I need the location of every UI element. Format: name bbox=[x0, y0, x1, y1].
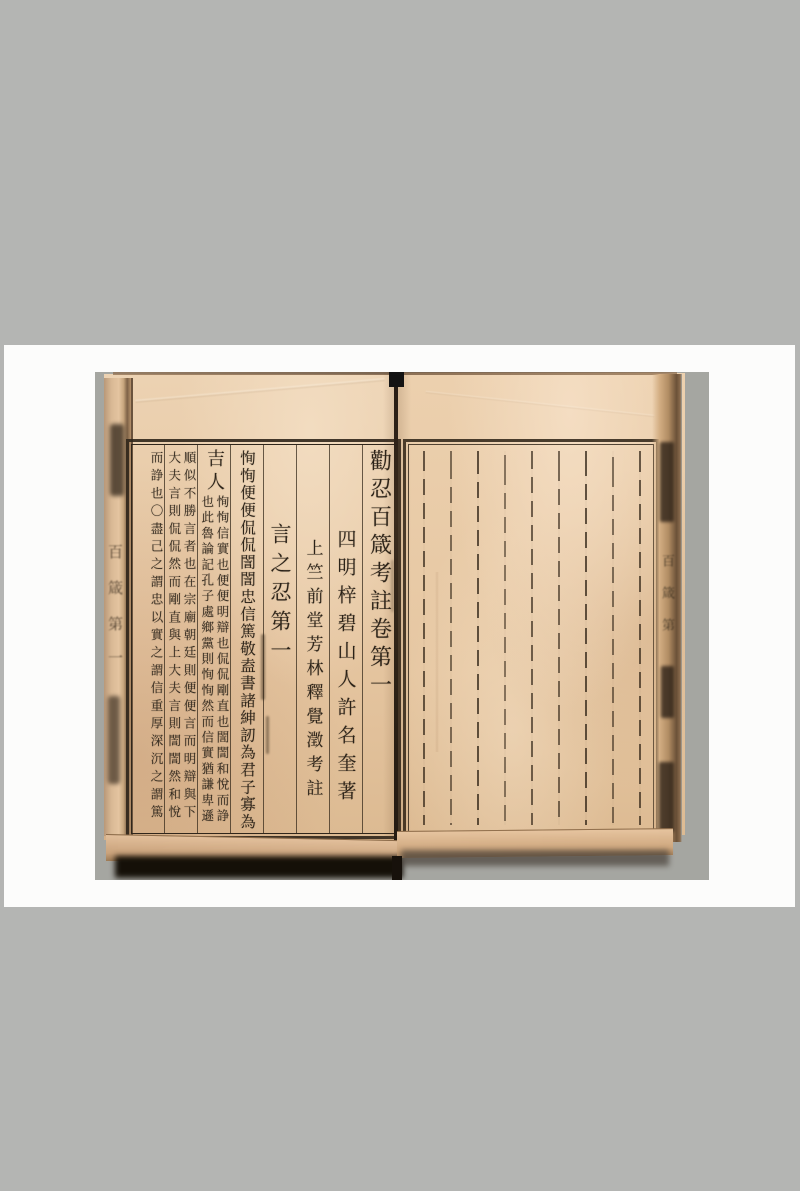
edge-ink-smudge bbox=[108, 696, 120, 784]
column-commentary-3: 而諍也〇盡己之謂忠以實之謂信重厚深沉之謂篤 bbox=[132, 445, 164, 833]
ink-smear bbox=[261, 634, 265, 700]
commentary-text-2: 順似不勝言者也在宗廟朝廷則便便言而明辯與下大夫言則侃侃然而剛直與上大夫言則誾誾然… bbox=[165, 445, 197, 831]
book-photograph: 百 箴 第 一 勸忍百箴考註卷第一 四明梓碧山人許名奎著 上竺前堂芳林釋覺澂考註… bbox=[95, 372, 709, 880]
edge-character-fragment: 百 bbox=[660, 554, 676, 567]
column-verse-end-commentary: 吉人 恂恂信實也便便明辯也侃侃剛直也誾誾和悅而諍也此魯論記孔子處鄉黨則恂恂然而信… bbox=[197, 445, 230, 833]
spine-bottom-marker bbox=[392, 856, 402, 880]
column-section-title: 言之忍第一 bbox=[263, 445, 296, 833]
commentary-text-3: 而諍也〇盡己之謂忠以實之謂信重厚深沉之謂篤 bbox=[132, 445, 164, 831]
edge-character-fragment: 一 bbox=[108, 650, 126, 665]
column-verse: 恂恂便便侃侃誾誾忠信篤敬盍書諸紳訒為君子寡為 bbox=[230, 445, 263, 833]
edge-character-fragment: 第 bbox=[660, 618, 676, 631]
column-rule bbox=[531, 451, 533, 825]
verse-text: 恂恂便便侃侃誾誾忠信篤敬盍書諸紳訒為君子寡為 bbox=[236, 445, 258, 833]
edge-ink-smudge bbox=[661, 666, 674, 718]
column-rule bbox=[585, 451, 587, 825]
right-fold-edge: 百 箴 第 bbox=[652, 374, 682, 842]
column-rule bbox=[639, 451, 641, 825]
annotator-text: 上竺前堂芳林釋覺澂考註 bbox=[301, 445, 326, 833]
left-page-shadow bbox=[115, 856, 403, 878]
section-title-text: 言之忍第一 bbox=[265, 445, 295, 833]
column-rule bbox=[558, 451, 560, 825]
column-rule bbox=[423, 451, 425, 825]
edge-character-fragment: 箴 bbox=[108, 580, 126, 595]
edge-character-fragment: 第 bbox=[108, 616, 126, 631]
commentary-text-1: 恂恂信實也便便明辯也侃侃剛直也誾誾和悅而諍也此魯論記孔子處鄉黨則恂恂然而信實猶謙… bbox=[198, 495, 230, 829]
gutter-line bbox=[394, 372, 398, 854]
column-rule bbox=[612, 451, 614, 825]
column-annotator: 上竺前堂芳林釋覺澂考註 bbox=[296, 445, 329, 833]
edge-ink-smudge bbox=[110, 424, 124, 496]
left-fore-edge: 百 箴 第 一 bbox=[104, 378, 133, 836]
column-author: 四明梓碧山人許名奎著 bbox=[329, 445, 362, 833]
ink-smear bbox=[266, 716, 269, 754]
screenshot-root: { "photo": { "description_colors": { "ou… bbox=[0, 0, 800, 1191]
right-page-shadow bbox=[401, 850, 669, 866]
edge-character-fragment: 箴 bbox=[660, 586, 676, 599]
column-rule bbox=[450, 451, 452, 825]
spine-top-marker bbox=[389, 372, 404, 387]
column-rule bbox=[504, 451, 506, 825]
column-commentary-2: 順似不勝言者也在宗廟朝廷則便便言而明辯與下大夫言則侃侃然而剛直與上大夫言則誾誾然… bbox=[164, 445, 197, 833]
verse-end-text: 吉人 bbox=[201, 445, 227, 495]
edge-ink-smudge bbox=[660, 442, 674, 522]
edge-character-fragment: 百 bbox=[108, 544, 126, 559]
author-text: 四明梓碧山人許名奎著 bbox=[333, 445, 360, 833]
right-page-frame bbox=[408, 444, 654, 832]
edge-ink-smudge bbox=[659, 762, 674, 832]
column-rule bbox=[477, 451, 479, 825]
